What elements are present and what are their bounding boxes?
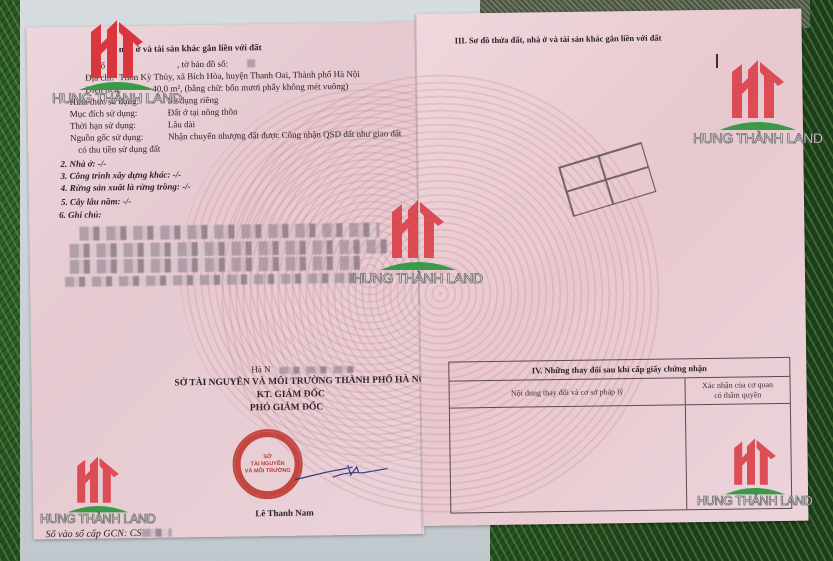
item-other-construction: 3. Công trình xây dựng khác: -/- [61, 169, 182, 181]
watermark-brand: HUNG THÀNH LAND [693, 130, 823, 146]
watermark-brand: HUNG THÀNH LAND [697, 494, 812, 508]
watermark-top-right: HUNG THÀNH LAND [693, 52, 823, 146]
registry-number-label: Số vào sổ cấp GCN: CS [46, 528, 142, 540]
purpose-value: Đất ở tại nông thôn [168, 107, 238, 118]
item-notes: 6. Ghi chú: [59, 209, 101, 220]
ht-logo-icon [718, 52, 798, 132]
item-perennial-trees: 5. Cây lâu năm: -/- [61, 196, 131, 207]
item-house: 2. Nhà ở: -/- [60, 158, 106, 169]
watermark-brand: HUNG THÀNH LAND [40, 512, 155, 526]
column-header-authority-confirmation: Xác nhận của cơ quan có thẩm quyền [685, 377, 789, 404]
purpose-label: Mục đích sử dụng: [70, 108, 138, 119]
watermark-bottom-right: HUNG THÀNH LAND [697, 432, 812, 508]
redacted-map-number [247, 59, 255, 67]
watermark-brand: HUNG THÀNH LAND [353, 270, 483, 286]
duration-value: Lâu dài [168, 119, 195, 129]
ht-logo-icon [378, 192, 458, 272]
duration-label: Thời hạn sử dụng: [70, 120, 136, 131]
change-content-cell [450, 405, 687, 512]
item-production-forest: 4. Rừng sản xuất là rừng trồng: -/- [61, 181, 191, 193]
col2-line2: có thẩm quyền [686, 390, 790, 401]
redacted-registry-number [142, 528, 172, 536]
origin-label: Nguồn gốc sử dụng: [70, 132, 143, 143]
ht-logo-icon [723, 432, 787, 496]
ht-logo-icon [77, 12, 157, 92]
watermark-bottom-left: HUNG THÀNH LAND [40, 450, 155, 526]
watermark-brand: HUNG THÀNH LAND [52, 90, 182, 106]
signer-name: Lê Thanh Nam [255, 508, 313, 519]
ht-logo-icon [66, 450, 130, 514]
section-3-title: III. Sơ đồ thửa đất, nhà ở và tài sản kh… [455, 33, 662, 46]
map-sheet-label: , tờ bản đồ số: [177, 59, 228, 70]
watermark-center: HUNG THÀNH LAND [353, 192, 483, 286]
column-header-change-content: Nội dung thay đổi và cơ sở pháp lý [450, 378, 686, 407]
stamp-line: VÀ MÔI TRƯỜNG [245, 467, 291, 475]
origin-value-continued: có thu tiền sử dụng đất [78, 144, 160, 155]
watermark-top-left: HUNG THÀNH LAND [52, 12, 182, 106]
